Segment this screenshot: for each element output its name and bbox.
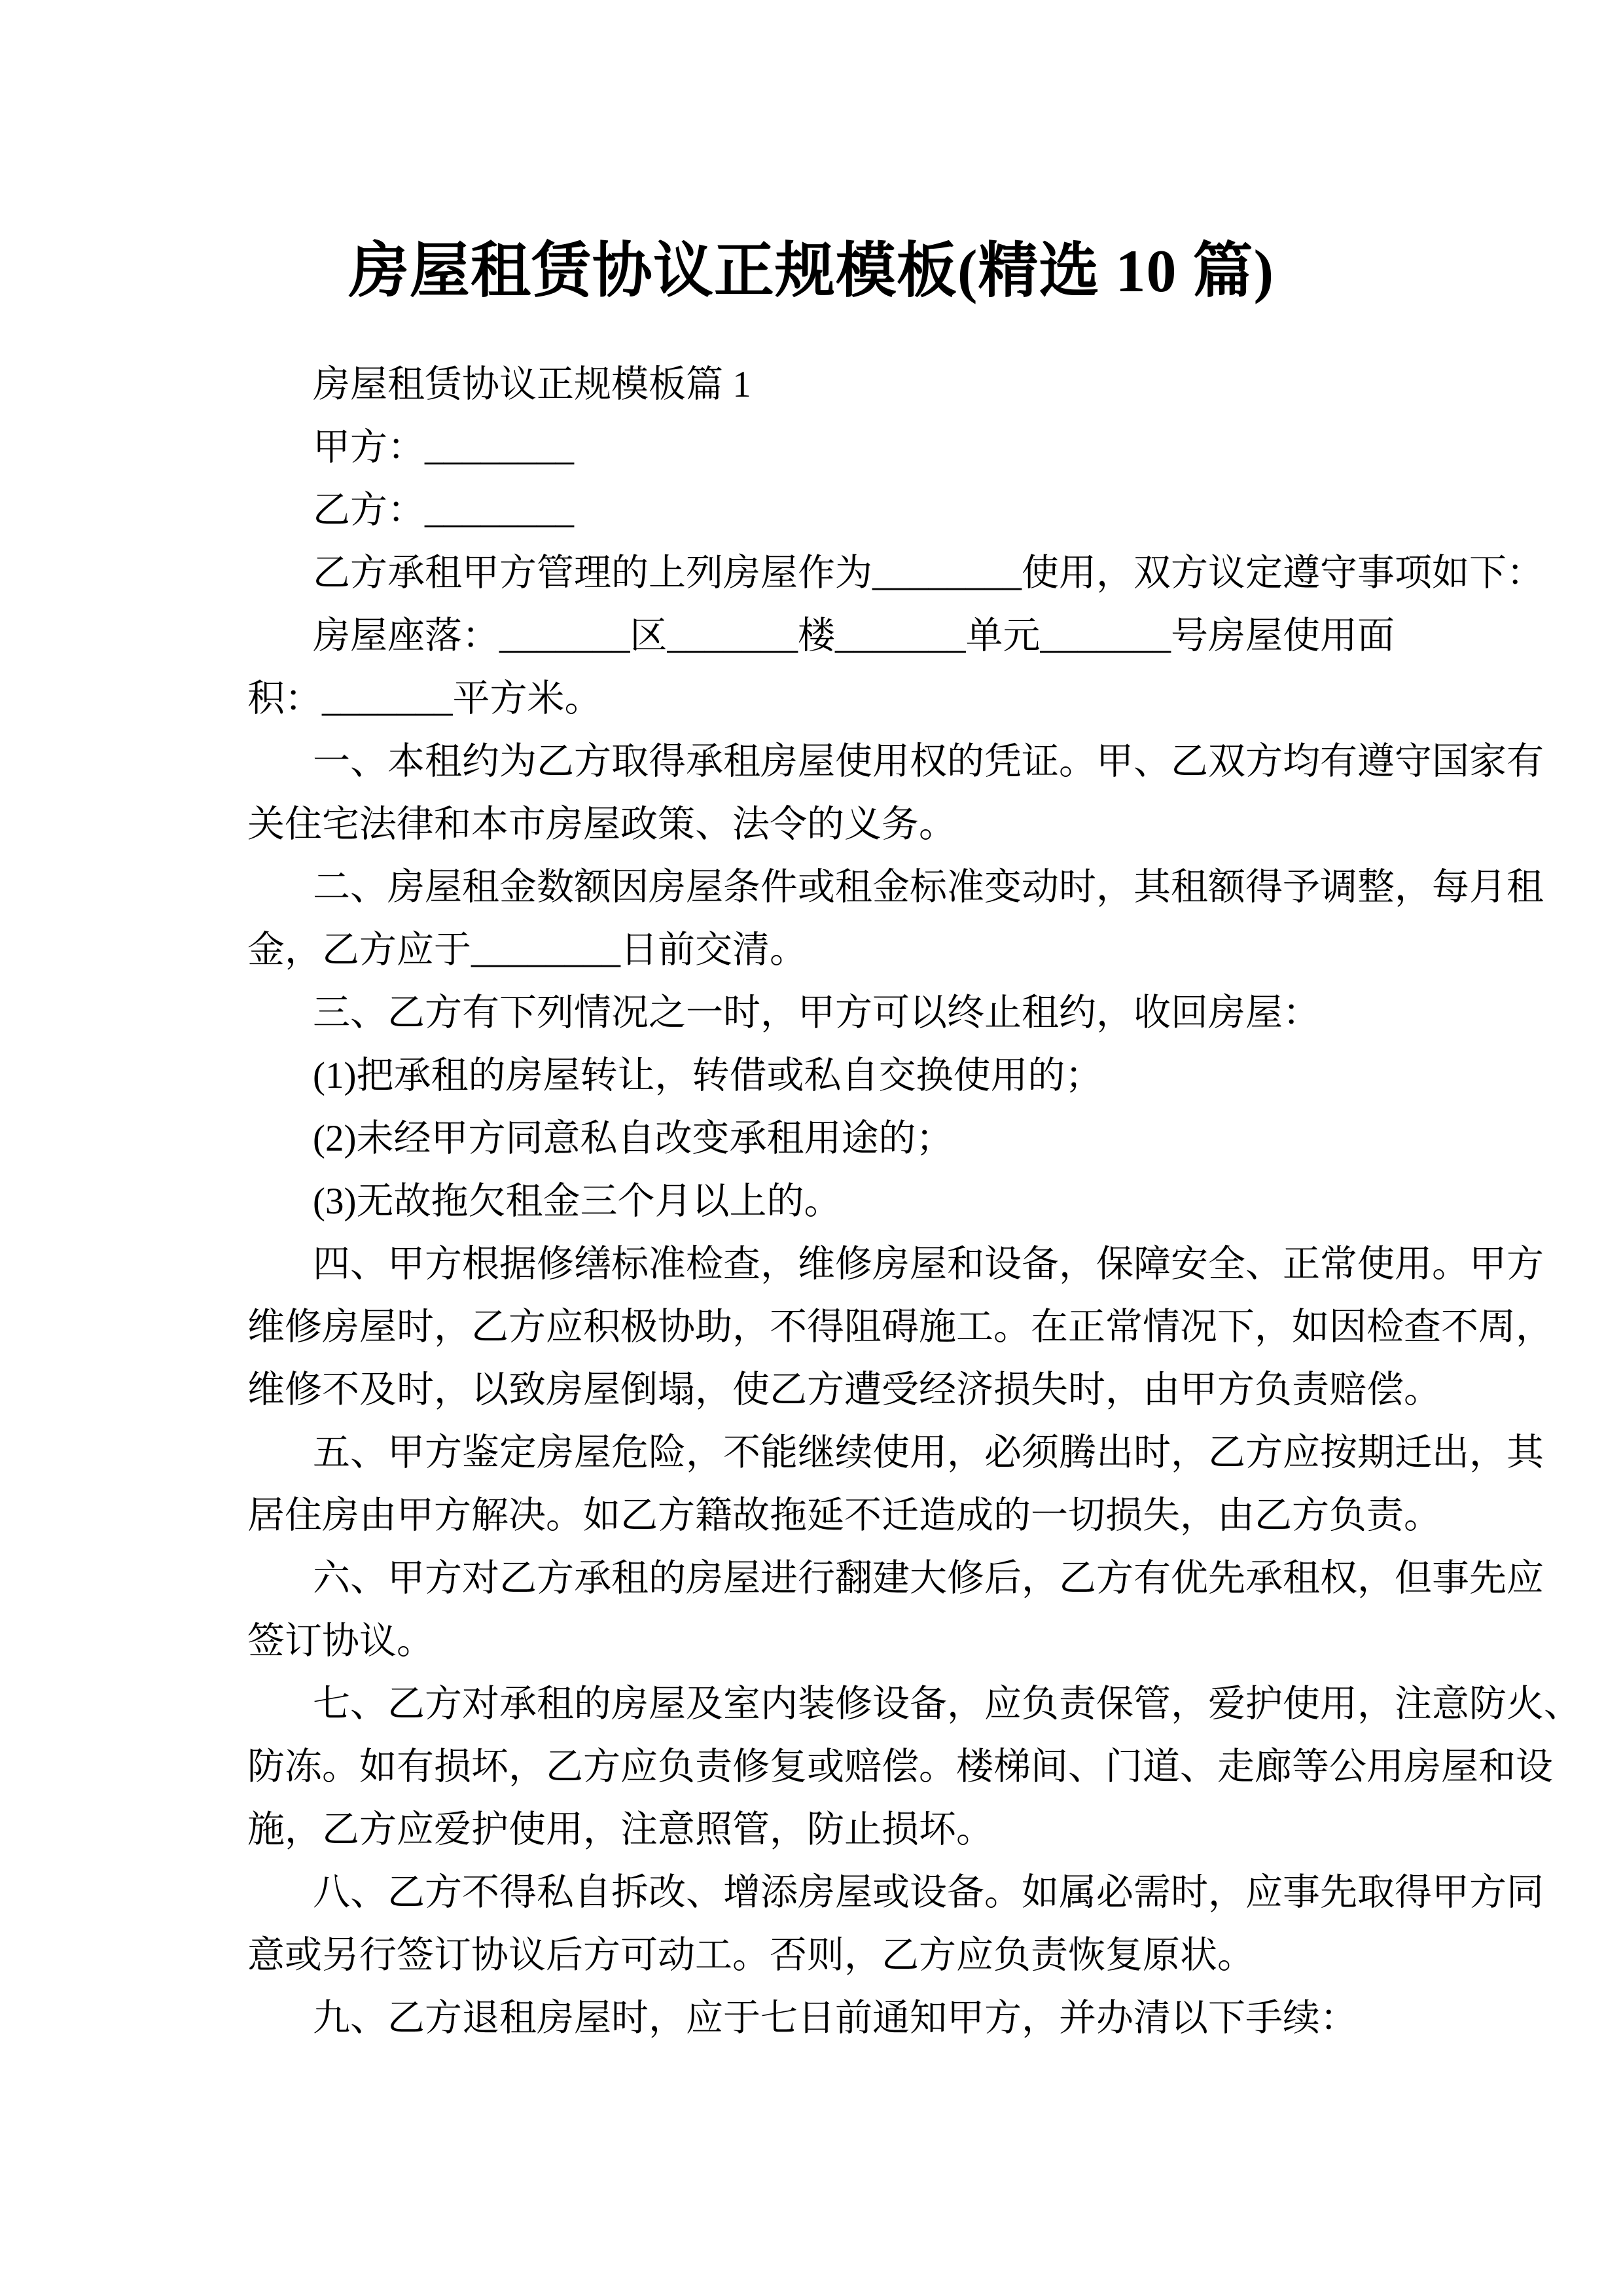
section-heading: 房屋租赁协议正规模板篇 1 <box>247 353 1412 416</box>
clause-2-line: 二、房屋租金数额因房屋条件或租金标准变动时，其租额得予调整，每月租 <box>247 856 1412 919</box>
paragraph-line: 乙方承租甲方管理的上列房屋作为________使用，双方议定遵守事项如下： <box>247 542 1412 605</box>
document-body: 房屋租赁协议正规模板篇 1 甲方：________ 乙方：________ 乙方… <box>247 353 1412 2050</box>
clause-5-line: 居住房由甲方解决。如乙方籍故拖延不迁造成的一切损失，由乙方负责。 <box>247 1484 1412 1547</box>
clause-1-line: 一、本租约为乙方取得承租房屋使用权的凭证。甲、乙双方均有遵守国家有 <box>247 730 1412 793</box>
clause-7-line: 七、乙方对承租的房屋及室内装修设备，应负责保管，爱护使用，注意防火、 <box>247 1673 1412 1736</box>
clause-3-line: 三、乙方有下列情况之一时，甲方可以终止租约，收回房屋： <box>247 982 1412 1045</box>
clause-6-line: 签订协议。 <box>247 1610 1412 1673</box>
document-page: 房屋租赁协议正规模板(精选 10 篇) 房屋租赁协议正规模板篇 1 甲方：___… <box>0 0 1623 2296</box>
clause-8-line: 八、乙方不得私自拆改、增添房屋或设备。如属必需时，应事先取得甲方同 <box>247 1861 1412 1924</box>
clause-2-line: 金，乙方应于________日前交清。 <box>247 919 1412 982</box>
paragraph-line: 房屋座落：_______区_______楼_______单元_______号房屋… <box>247 605 1412 668</box>
clause-7-line: 施，乙方应爱护使用，注意照管，防止损坏。 <box>247 1799 1412 1861</box>
clause-7-line: 防冻。如有损坏，乙方应负责修复或赔偿。楼梯间、门道、走廊等公用房屋和设 <box>247 1736 1412 1799</box>
clause-8-line: 意或另行签订协议后方可动工。否则，乙方应负责恢复原状。 <box>247 1924 1412 1987</box>
clause-6-line: 六、甲方对乙方承租的房屋进行翻建大修后，乙方有优先承租权，但事先应 <box>247 1547 1412 1610</box>
clause-4-line: 维修房屋时，乙方应积极协助，不得阻碍施工。在正常情况下，如因检查不周， <box>247 1296 1412 1359</box>
clause-9-line: 九、乙方退租房屋时，应于七日前通知甲方，并办清以下手续： <box>247 1987 1412 2050</box>
clause-4-line: 四、甲方根据修缮标准检查，维修房屋和设备，保障安全、正常使用。甲方 <box>247 1233 1412 1296</box>
clause-4-line: 维修不及时，以致房屋倒塌，使乙方遭受经济损失时，由甲方负责赔偿。 <box>247 1359 1412 1422</box>
paragraph-line: 积：_______平方米。 <box>247 668 1412 730</box>
clause-5-line: 五、甲方鉴定房屋危险，不能继续使用，必须腾出时，乙方应按期迁出，其 <box>247 1422 1412 1484</box>
document-title: 房屋租赁协议正规模板(精选 10 篇) <box>0 232 1623 310</box>
party-b-blank-line: 乙方：________ <box>247 479 1412 542</box>
clause-3-item-1: (1)把承租的房屋转让，转借或私自交换使用的； <box>247 1045 1412 1107</box>
clause-3-item-3: (3)无故拖欠租金三个月以上的。 <box>247 1170 1412 1233</box>
clause-1-line: 关住宅法律和本市房屋政策、法令的义务。 <box>247 793 1412 856</box>
clause-3-item-2: (2)未经甲方同意私自改变承租用途的； <box>247 1107 1412 1170</box>
party-a-blank-line: 甲方：________ <box>247 416 1412 479</box>
